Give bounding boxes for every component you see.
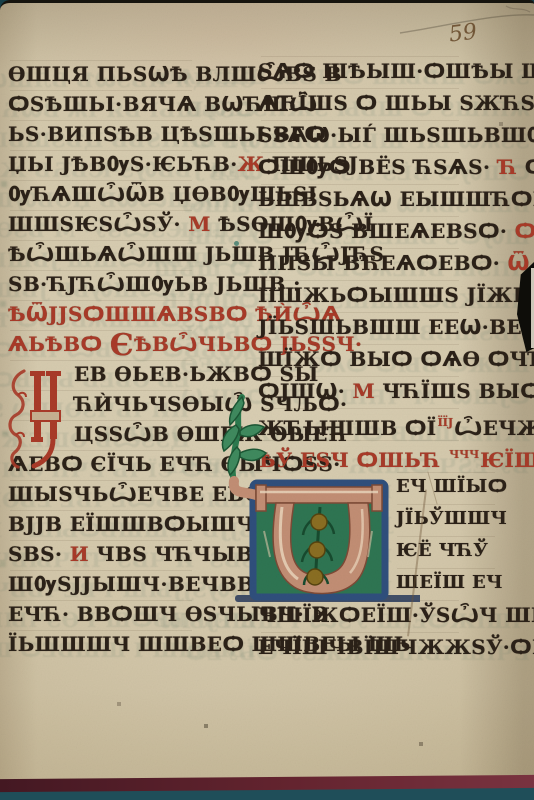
text-line: ѢѼШЬѦѼШШ ЈЬШВ ЈЋѼЈЋЅ [8,239,256,269]
acanthus-leaf-ornament [223,397,267,483]
text-line: ВЈЈВ ЕЇШШВѺЫШЧ ШЫВ [8,509,256,539]
text-line: ѸЋѦШѼѾВ ЏѲВѸШЬЅІ [8,179,256,209]
text-line: ѺШѸѺ ВЁЅ ЋЅѦЅ· Ћ ѺЕВ [258,151,530,183]
text-line: ЬЅ·ВИПЅѢВ ЦѢЅШЬІ ВГѺ [8,119,256,149]
text-line: ЅВЅ· И ЧВЅ ЧЋЧЫВЧ·ЕВ [8,539,256,569]
text-line: ЈЇЬЅШЬВШШ ЕЕѠ·ВЕЫЬѺЖ [258,311,530,343]
text-line: ШЇЖѺ ВЫѺ ѺѦѲ ѺЧЋЖЕѲ [258,343,530,375]
text-line: ѢѾЈЈЅѺШШѦВЅВѺ ѢЍѼѦ [8,299,256,329]
decorated-initial-block [220,391,420,609]
text-line: ПШЖЬѺЫШШЅ ЈЇЖЕѺШШ В [258,279,530,311]
manuscript-page: ѲШЦЯ ПЬЅѠѢ ВЛШѼВЅ ВѺЅѢШЬІ·ВЯЧѦ ВѠЋШѼЬЅ·В… [0,0,534,784]
text-line: ШѸЅЈЈЫШЧ·ВЕЧВВЧЫШЧ [8,569,256,599]
text-line: ШШЅѤЅѼЅЎ· М ѢЅѲШѸВѼЇ [8,209,256,239]
manuscript-photograph: ѲШЦЯ ПЬЅѠѢ ВЛШѼВЅ ВѺЅѢШЬІ·ВЯЧѦ ВѠЋШѼЬЅ·В… [0,0,534,800]
text-line: ЬШВЅЬѦѠ ЕЫШШЋѺШШѠ [258,183,530,215]
text-line: ѺЅѢШЬІ·ВЯЧѦ ВѠЋШѼ [8,89,256,119]
text-line: ШѸѺЅ ВШЕѦЕВЅѺ· Ѻ ЬЕШ [258,215,530,247]
text-line: ѦЋЇШЅ Ѻ ШЬЫ ЅЖЋЅШѸВ [258,87,530,119]
red-initial-ornament [4,367,70,475]
text-line: ШЫЅЧЬѼЕЧВЕ ЕВѲШЅѺ· [8,479,256,509]
pencil-curve-mark [0,3,534,63]
green-ink-dot [234,241,239,246]
text-line: ЅЅѦѠ·ЫЃ ШЬЅШЬВШѸВ Ѻ [258,119,530,151]
text-line: ѲШЦЯ ПЬЅѠѢ ВЛШѼВЅ В [8,59,256,89]
text-line: ЏЬІ ЈѢВѸЅ·ѤЬЋВ·Ж ПШЬЅЈ [8,149,256,179]
left-text-column: ѲШЦЯ ПЬЅѠѢ ВЛШѼВЅ ВѺЅѢШЬІ·ВЯЧѦ ВѠЋШѼЬЅ·В… [8,59,256,659]
text-line: ЕЧЋ· ВВѺШЧ ѲЅЧЫВЧ· В [8,599,256,629]
text-line: ППЅЫ ВЋЕѦѺЕВѺ· Ѿ Ѻ ШЬШ [258,247,530,279]
text-line: ЅВ·ЋЈЋѼШѸЬВ ЈЬШВ : [8,269,256,299]
text-line: ѦЬѢВѺ ЄѢВѼЧЬВѺ ЈЬЅЅЧ· [8,329,256,359]
text-line: ЕЧЇШЧВЇШЧЖЖЅЎ·ѺЬЎЕѺ [258,631,530,663]
text-line: ЇЬШШШЧ ШШВЕѺ ШШВЕЫ ШЬ [8,629,256,659]
